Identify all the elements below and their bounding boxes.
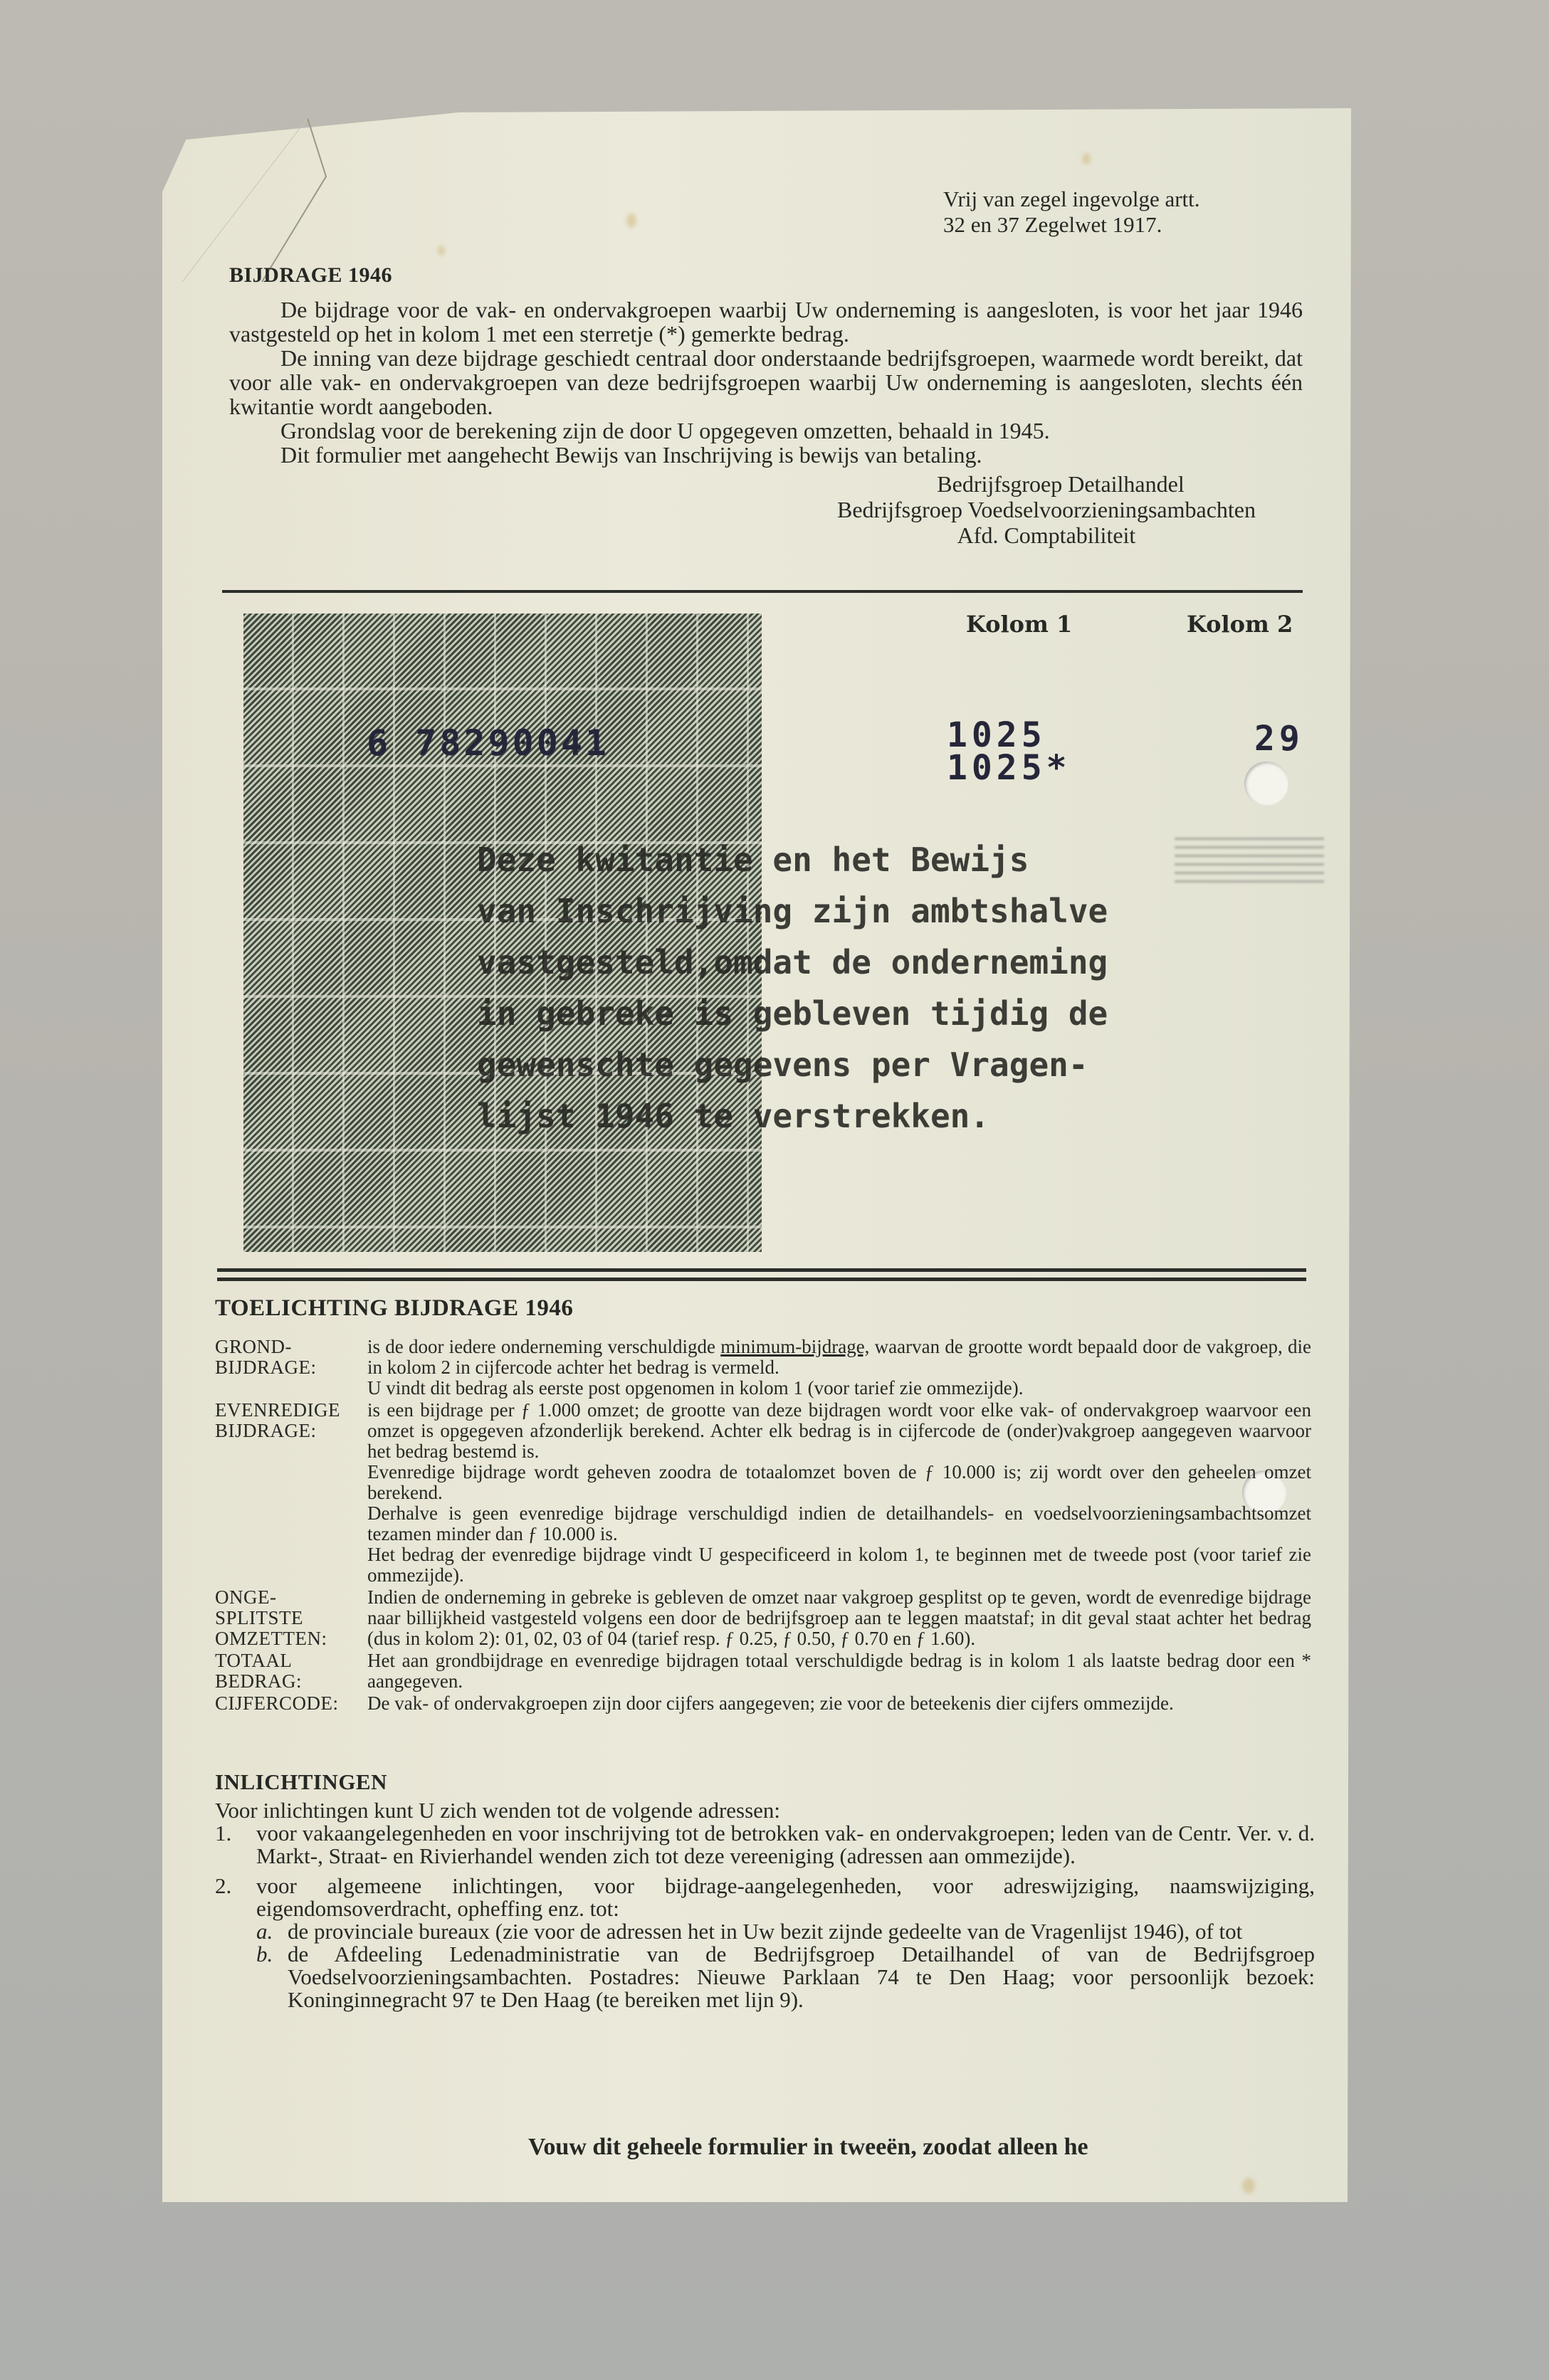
explanation-entry: TOTAAL BEDRAG:Het aan grondbijdrage en e… [215,1650,1311,1692]
information-intro: Voor inlichtingen kunt U zich wenden tot… [215,1799,1315,1822]
explanation-list: GROND- BIJDRAGE:is de door iedere ondern… [215,1337,1311,1715]
intro-text: De bijdrage voor de vak- en ondervakgroe… [229,297,1303,467]
explanation-text: Evenredige bijdrage wordt geheven zoodra… [367,1462,1311,1503]
explanation-term: EVENREDIGE BIJDRAGE: [215,1400,367,1586]
explanation-body: Indien de onderneming in gebreke is gebl… [367,1587,1311,1649]
underlined-term: minimum-bijdrage, [720,1336,869,1357]
column-2-label: Kolom 2 [1187,611,1293,638]
item-number: 2. [215,1875,256,1920]
stain [626,214,636,228]
signature-line: Bedrijfsgroep Detailhandel [762,471,1331,497]
intro-paragraph: De bijdrage voor de vak- en ondervakgroe… [229,297,1303,346]
explanation-text: is de door iedere onderneming verschuldi… [367,1337,1311,1378]
explanation-entry: EVENREDIGE BIJDRAGE:is een bijdrage per … [215,1400,1311,1586]
divider [222,590,1303,593]
typed-note: Deze kwitantie en het Bewijs van Inschri… [477,834,1108,1142]
intro-paragraph: Dit formulier met aangehecht Bewijs van … [229,443,1303,467]
explanation-text: U vindt dit bedrag als eerste post opgen… [367,1378,1311,1399]
explanation-entry: ONGE- SPLITSTE OMZETTEN:Indien de ondern… [215,1587,1311,1649]
information-heading: INLICHTINGEN [215,1771,1315,1794]
account-number: 6 78290041 [367,722,609,764]
explanation-body: De vak- of ondervakgroepen zijn door cij… [367,1693,1311,1714]
subitem-label: a. [256,1920,288,1943]
explanation-term: CIJFERCODE: [215,1693,367,1714]
explanation-text: Derhalve is geen evenredige bijdrage ver… [367,1503,1311,1544]
double-rule-bottom [217,1278,1306,1281]
information-section: INLICHTINGEN Voor inlichtingen kunt U zi… [215,1771,1315,2011]
information-item: 1. voor vakaangelegenheden en voor insch… [215,1822,1315,1868]
explanation-text-part: Indien de onderneming in gebreke is gebl… [367,1586,1311,1649]
stamp-exemption-note: Vrij van zegel ingevolge artt. 32 en 37 … [943,186,1200,238]
explanation-text-part: is een bijdrage per ƒ 1.000 omzet; de gr… [367,1399,1311,1462]
explanation-text-part: is de door iedere onderneming verschuldi… [367,1336,720,1357]
explanation-body: is een bijdrage per ƒ 1.000 omzet; de gr… [367,1400,1311,1586]
main-heading: BIJDRAGE 1946 [229,263,392,288]
ink-smudge [1175,833,1324,883]
stamp-line-2: 32 en 37 Zegelwet 1917. [943,212,1200,238]
explanation-entry: CIJFERCODE:De vak- of ondervakgroepen zi… [215,1693,1311,1714]
item-text: voor vakaangelegenheden en voor inschrij… [256,1822,1315,1868]
explanation-term: GROND- BIJDRAGE: [215,1337,367,1399]
subitem-text: de provinciale bureaux (zie voor de adre… [288,1920,1315,1943]
item-text: voor algemeene inlichtingen, voor bijdra… [256,1875,1315,1920]
stain [1242,2178,1255,2194]
kolom-1-total: 1025* [947,752,1071,784]
explanation-text: Indien de onderneming in gebreke is gebl… [367,1587,1311,1649]
stamp-line-1: Vrij van zegel ingevolge artt. [943,186,1200,212]
explanation-body: is de door iedere onderneming verschuldi… [367,1337,1311,1399]
double-rule-top [217,1268,1306,1272]
explanation-text: Het aan grondbijdrage en evenredige bijd… [367,1650,1311,1692]
punch-hole [1244,762,1288,806]
column-1-label: Kolom 1 [966,611,1072,638]
explanation-body: Het aan grondbijdrage en evenredige bijd… [367,1650,1311,1692]
information-subitem: a. de provinciale bureaux (zie voor de a… [215,1920,1315,1943]
intro-paragraph: De inning van deze bijdrage geschiedt ce… [229,346,1303,418]
kolom-1-amounts: 1025 1025* [947,719,1071,784]
kolom-2-code: 29 [1254,719,1304,759]
explanation-term: ONGE- SPLITSTE OMZETTEN: [215,1587,367,1649]
explanation-text-part: Het aan grondbijdrage en evenredige bijd… [367,1650,1311,1692]
fold-instruction: Vouw dit geheele formulier in tweeën, zo… [528,2134,1340,2161]
explanation-text: De vak- of ondervakgroepen zijn door cij… [367,1693,1311,1714]
explanation-heading: TOELICHTING BIJDRAGE 1946 [215,1295,573,1322]
signature-block: Bedrijfsgroep Detailhandel Bedrijfsgroep… [762,471,1331,548]
stain [1082,153,1091,164]
kolom-1-amount: 1025 [947,719,1071,752]
information-item: 2. voor algemeene inlichtingen, voor bij… [215,1875,1315,1920]
subitem-label: b. [256,1943,288,2011]
subitem-text: de Afdeeling Ledenadministratie van de B… [288,1943,1315,2011]
signature-line: Bedrijfsgroep Voedselvoorzieningsambacht… [762,497,1331,522]
signature-line: Afd. Comptabiliteit [762,522,1331,548]
explanation-text: is een bijdrage per ƒ 1.000 omzet; de gr… [367,1400,1311,1462]
intro-paragraph: Grondslag voor de berekening zijn de doo… [229,418,1303,443]
explanation-term: TOTAAL BEDRAG: [215,1650,367,1692]
explanation-entry: GROND- BIJDRAGE:is de door iedere ondern… [215,1337,1311,1399]
explanation-text-part: De vak- of ondervakgroepen zijn door cij… [367,1692,1174,1714]
item-number: 1. [215,1822,256,1868]
explanation-text: Het bedrag der evenredige bijdrage vindt… [367,1544,1311,1586]
information-subitem: b. de Afdeeling Ledenadministratie van d… [215,1943,1315,2011]
stain [438,246,445,256]
